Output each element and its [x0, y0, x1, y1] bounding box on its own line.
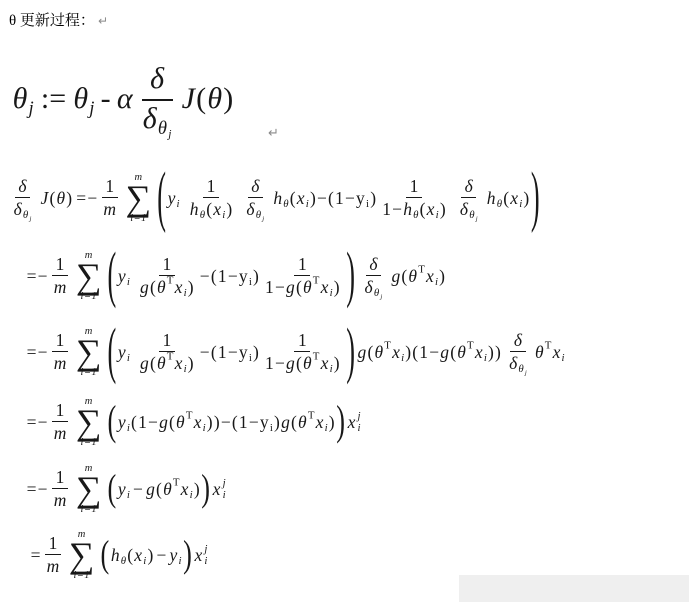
- math-row: =−1mm∑i=1(yi1g(θTxi)−(1−yi)11−g(θTxi))g(…: [26, 326, 565, 379]
- math-token: 1: [218, 266, 227, 286]
- subscript-group: hθ: [403, 199, 419, 219]
- math-row: 1−g(θTxi): [264, 277, 340, 297]
- fraction: 1m: [101, 176, 119, 219]
- math-token: −: [221, 412, 231, 432]
- math-row: =−1mm∑i=1(yi−g(θTxi))xji: [26, 463, 226, 516]
- math-token: −: [345, 188, 355, 208]
- subscript: i: [324, 422, 328, 434]
- fraction: 1m: [51, 330, 69, 373]
- math-token: −: [275, 353, 285, 373]
- math-token: (: [127, 545, 133, 565]
- paragraph-mark-icon: ↵: [98, 14, 108, 28]
- subscript-group: xi: [134, 545, 147, 565]
- subscript: i: [329, 287, 333, 299]
- denominator: 1−g(θTxi): [262, 276, 342, 297]
- superscript-group: θT: [302, 353, 320, 373]
- subscript-group: xi: [315, 412, 328, 432]
- math-token: i: [325, 422, 328, 434]
- math-token: i: [270, 422, 273, 434]
- subscript: j: [475, 215, 478, 223]
- script-stack: ji: [222, 477, 226, 502]
- math-row: hθ(xi): [486, 188, 530, 208]
- summation: m∑i=1: [76, 326, 102, 379]
- math-token: g: [281, 412, 290, 432]
- math-token: x: [316, 412, 324, 432]
- paren-content: yi1g(θTxi)−(1−yi)11−g(θTxi): [117, 254, 345, 297]
- math-token: T: [167, 275, 174, 287]
- subscript-group: xi: [474, 342, 487, 362]
- math-row: hθ(xi): [273, 188, 317, 208]
- math-token: i: [306, 198, 309, 210]
- subscript-group: xi: [213, 199, 226, 219]
- superscript-group: θT: [374, 342, 392, 362]
- subscript: θj: [518, 363, 528, 375]
- math-token: θ: [497, 198, 502, 210]
- superscript-group: θT: [534, 342, 552, 362]
- math-row: g(θTxi): [280, 412, 335, 432]
- math-token: i: [204, 555, 207, 567]
- math-token: m: [54, 490, 67, 510]
- math-token: ): [274, 412, 280, 432]
- fraction: δδθj: [244, 176, 267, 219]
- title-line: θ 更新过程：↵: [9, 9, 108, 30]
- math-token: x: [348, 412, 356, 432]
- math-token: j: [380, 293, 382, 301]
- subscript-group: θj: [469, 209, 479, 221]
- close-paren: ): [345, 244, 356, 307]
- subscript-group: yi: [117, 266, 130, 286]
- spacer: [357, 275, 359, 276]
- spacer: [177, 99, 181, 100]
- superscript-group: θT: [457, 342, 475, 362]
- math-token: x: [321, 353, 329, 373]
- spacer: [37, 197, 40, 198]
- math-token: i: [519, 198, 522, 210]
- math-row: g(θTxi): [139, 277, 194, 297]
- math-token: h: [403, 199, 412, 219]
- equation-derivation-line-1: δδθjJ(θ)=−1mm∑i=1(yi1hθ(xi)δδθjhθ(xi)−(1…: [8, 160, 542, 236]
- superscript: T: [418, 263, 426, 275]
- math-token: 1: [410, 176, 419, 196]
- subscript: i: [189, 489, 193, 501]
- math-token: −: [200, 266, 210, 286]
- math-token: x: [181, 479, 189, 499]
- numerator: 1: [102, 176, 118, 198]
- sum-lower-limit: i=1: [130, 213, 146, 224]
- fraction: δδθj: [140, 62, 174, 136]
- open-paren: (: [107, 401, 118, 443]
- math-token: −: [38, 412, 48, 432]
- math-token: −: [38, 266, 48, 286]
- denominator: g(θTxi): [137, 352, 196, 373]
- math-token: j: [476, 215, 478, 223]
- math-token: x: [297, 188, 305, 208]
- sigma-icon: ∑: [76, 474, 102, 504]
- math-token: J: [182, 82, 195, 117]
- math-row: g(θTxi): [139, 353, 194, 373]
- math-token: (: [131, 412, 137, 432]
- subscript-group: xi: [426, 199, 439, 219]
- subscript: j: [262, 215, 265, 223]
- denominator: δθj: [506, 352, 529, 373]
- math-token: θ: [157, 353, 166, 373]
- subscript: i: [126, 276, 130, 288]
- math-token: i: [190, 489, 193, 501]
- math-token: x: [426, 266, 434, 286]
- fraction: δδθj: [506, 330, 529, 373]
- subscript: j: [168, 128, 172, 141]
- spacer: [130, 351, 134, 352]
- math-token: y: [170, 545, 178, 565]
- math-token: (: [156, 479, 162, 499]
- subscript: θj: [373, 287, 383, 299]
- math-row: =−1mm∑i=1(yi1g(θTxi)−(1−yi)11−g(θTxi))δδ…: [26, 250, 446, 303]
- math-token: =: [27, 266, 37, 286]
- math-token: T: [167, 351, 174, 363]
- math-token: −: [228, 342, 238, 362]
- math-token: T: [467, 339, 474, 351]
- subscript: i: [248, 276, 252, 288]
- math-token: −: [429, 342, 439, 362]
- equation-derivation-line-3: =−1mm∑i=1(yi1g(θTxi)−(1−yi)11−g(θTxi))g(…: [26, 314, 565, 390]
- subscript: θj: [255, 209, 265, 221]
- math-token: 1: [49, 533, 58, 553]
- math-token: ): [439, 266, 445, 286]
- math-token: i: [249, 352, 252, 364]
- math-token: y: [168, 188, 176, 208]
- math-token: −: [249, 412, 259, 432]
- math-token: θ: [374, 287, 379, 299]
- math-token: j: [29, 215, 31, 223]
- math-token: g: [358, 342, 367, 362]
- math-token: −: [228, 266, 238, 286]
- subscript: i: [400, 352, 404, 364]
- math-token: (: [196, 82, 206, 117]
- math-token: 1: [239, 412, 248, 432]
- math-row: 1−g(θTxi): [264, 353, 340, 373]
- subscript-group: xi: [296, 188, 309, 208]
- spacer: [73, 197, 76, 198]
- math-token: i: [179, 555, 182, 567]
- denominator: m: [51, 352, 69, 373]
- math-token: α: [117, 82, 133, 117]
- math-token: 1: [207, 176, 216, 196]
- denominator: δθj: [244, 198, 267, 219]
- subscript-group: xi: [320, 353, 333, 373]
- subscript: i: [183, 287, 187, 299]
- superscript: T: [185, 409, 193, 421]
- page-title: θ 更新过程：: [9, 13, 95, 29]
- math-row: (1−g(θTxi)): [412, 342, 502, 362]
- math-token: T: [418, 263, 425, 275]
- denominator: δθj: [140, 101, 174, 137]
- math-token: θ: [158, 118, 167, 139]
- sub-superscript-group: xji: [212, 477, 226, 502]
- subscript: i: [434, 276, 438, 288]
- math-row: g(θTxi): [391, 266, 446, 286]
- superscript-group: θT: [302, 277, 320, 297]
- math-token: i: [177, 198, 180, 210]
- subscript-group: hθ: [110, 545, 126, 565]
- math-token: ): [523, 188, 529, 208]
- math-token: y: [118, 412, 126, 432]
- math-token: θ: [518, 363, 523, 375]
- subscript-group: δθj: [508, 353, 527, 373]
- summation: m∑i=1: [76, 250, 102, 303]
- math-row: (1−yi): [210, 342, 259, 362]
- math-token: i: [401, 352, 404, 364]
- subscript-group: yi: [238, 266, 252, 286]
- math-token: 1: [56, 467, 65, 487]
- subscript: θ: [413, 209, 420, 221]
- math-token: −: [148, 412, 158, 432]
- spacer: [501, 351, 503, 352]
- math-token: i: [562, 352, 565, 364]
- math-token: j: [358, 410, 361, 422]
- math-token: j: [168, 128, 171, 141]
- math-token: i: [127, 422, 130, 434]
- math-token: -: [101, 82, 111, 117]
- subscript: θ: [283, 198, 290, 210]
- math-token: (: [150, 353, 156, 373]
- math-token: θ: [469, 209, 474, 221]
- denominator: m: [51, 276, 69, 297]
- spacer: [34, 99, 40, 100]
- subscript-group: xi: [320, 277, 333, 297]
- math-token: δ: [365, 277, 373, 297]
- fraction: 1m: [51, 254, 69, 297]
- summation: m∑i=1: [76, 463, 102, 516]
- sigma-icon: ∑: [126, 183, 152, 213]
- math-token: 1: [265, 353, 274, 373]
- subscript: i: [329, 363, 333, 375]
- math-token: x: [321, 277, 329, 297]
- fraction: 1m: [51, 467, 69, 510]
- numerator: 1: [294, 254, 310, 276]
- math-token: 1: [265, 277, 274, 297]
- math-token: −: [200, 342, 210, 362]
- math-token: m: [103, 199, 116, 219]
- denominator: 1−hθ(xi): [380, 198, 449, 219]
- paren-content: hθ(xi)−yi: [110, 545, 182, 565]
- sigma-icon: ∑: [76, 407, 102, 437]
- math-token: y: [118, 479, 126, 499]
- paren-content: yi1hθ(xi)δδθjhθ(xi)−(1−yi)11−hθ(xi)δδθjh…: [167, 176, 530, 219]
- math-token: h: [111, 545, 120, 565]
- math-token: g: [286, 277, 295, 297]
- math-row: (1−yi): [210, 266, 259, 286]
- superscript: T: [312, 275, 320, 287]
- bottom-right-shaded-area: [459, 575, 689, 602]
- math-token: 1: [298, 330, 307, 350]
- math-token: i: [143, 555, 146, 567]
- numerator: 1: [52, 467, 68, 489]
- math-token: θ: [121, 555, 126, 567]
- fraction: δδθj: [457, 176, 480, 219]
- subscript-group: yi: [117, 412, 130, 432]
- math-token: (: [367, 342, 373, 362]
- subscript: i: [126, 352, 130, 364]
- math-row: g(θTxi): [357, 342, 412, 362]
- math-token: −: [275, 277, 285, 297]
- sub-superscript-group: xji: [194, 543, 208, 568]
- sigma-icon: ∑: [76, 337, 102, 367]
- denominator: g(θTxi): [137, 276, 196, 297]
- superscript-group: θT: [162, 479, 180, 499]
- math-token: ): [334, 353, 340, 373]
- superscript: T: [466, 339, 474, 351]
- math-token: δ: [150, 62, 164, 97]
- fraction: δδθj: [11, 176, 34, 219]
- math-token: i: [203, 422, 206, 434]
- math-row: =1mm∑i=1(hθ(xi)−yi)xji: [30, 529, 208, 582]
- subscript: i: [126, 489, 130, 501]
- subscript: i: [202, 422, 206, 434]
- math-row: hθ(xi): [110, 545, 154, 565]
- close-paren: ): [530, 164, 541, 232]
- fraction: 11−g(θTxi): [262, 330, 342, 373]
- math-token: g: [286, 353, 295, 373]
- subscript-group: θj: [373, 287, 383, 299]
- math-token: ): [405, 342, 411, 362]
- subscript: i: [561, 352, 565, 364]
- denominator: m: [44, 555, 62, 576]
- subscript: i: [305, 198, 309, 210]
- math-token: 1: [382, 199, 391, 219]
- sigma-icon: ∑: [76, 261, 102, 291]
- math-token: T: [313, 351, 320, 363]
- math-row: g(θTxi): [146, 479, 201, 499]
- math-token: x: [213, 479, 221, 499]
- numerator: δ: [248, 176, 263, 198]
- math-token: j: [29, 98, 34, 119]
- math-token: ): [253, 266, 259, 286]
- denominator: δθj: [457, 198, 480, 219]
- math-token: ): [214, 412, 220, 432]
- math-token: −: [38, 342, 48, 362]
- math-token: ): [194, 479, 200, 499]
- subscript-group: xi: [193, 412, 206, 432]
- math-token: δ: [18, 176, 26, 196]
- script-stack: ji: [204, 543, 208, 568]
- math-row: (1−yi): [327, 188, 376, 208]
- subscript-group: yi: [238, 342, 252, 362]
- math-token: θ: [13, 82, 28, 117]
- math-token: −: [133, 479, 143, 499]
- subscript: j: [89, 98, 95, 120]
- numerator: δ: [461, 176, 476, 198]
- math-token: i: [330, 287, 333, 299]
- math-token: θ: [256, 209, 261, 221]
- subscript: θ: [199, 209, 206, 221]
- subscript-group: θj: [22, 209, 32, 221]
- sigma-icon: ∑: [69, 540, 95, 570]
- sum-lower-limit: i=1: [81, 291, 97, 302]
- math-token: x: [392, 342, 400, 362]
- subscript-group: yi: [117, 479, 130, 499]
- math-token: j: [89, 98, 94, 119]
- math-token: y: [356, 188, 365, 208]
- math-token: T: [173, 476, 180, 488]
- math-token: 1: [335, 188, 344, 208]
- numerator: 1: [52, 254, 68, 276]
- numerator: δ: [510, 330, 525, 352]
- math-token: (: [412, 342, 418, 362]
- math-token: 1: [162, 330, 171, 350]
- script-stack: ji: [357, 410, 361, 435]
- math-token: h: [273, 188, 282, 208]
- math-token: y: [239, 266, 248, 286]
- math-token: (: [291, 412, 297, 432]
- math-token: (: [169, 412, 175, 432]
- math-token: θ: [303, 353, 312, 373]
- math-token: θ: [200, 209, 205, 221]
- math-token: 1: [56, 400, 65, 420]
- math-token: −: [38, 479, 48, 499]
- math-token: ): [440, 199, 446, 219]
- math-row: (1−g(θTxi)): [130, 412, 220, 432]
- math-token: (: [296, 353, 302, 373]
- open-paren: (: [107, 320, 118, 383]
- subscript: i: [248, 352, 252, 364]
- math-token: g: [159, 412, 168, 432]
- math-token: ): [147, 545, 153, 565]
- math-token: i: [484, 352, 487, 364]
- math-token: 1: [162, 254, 171, 274]
- subscript-group: xi: [510, 188, 523, 208]
- math-token: m: [54, 423, 67, 443]
- math-token: ): [226, 199, 232, 219]
- subscript-group: xi: [174, 353, 187, 373]
- math-token: δ: [514, 330, 522, 350]
- math-token: θ: [457, 342, 466, 362]
- spacer: [238, 197, 241, 198]
- open-paren: (: [156, 164, 167, 232]
- paren-group: (hθ(xi)−yi): [99, 542, 192, 568]
- math-token: δ: [143, 102, 157, 137]
- subscript-group: xi: [392, 342, 405, 362]
- math-token: x: [175, 353, 183, 373]
- math-token: g: [140, 353, 149, 373]
- superscript-group: θT: [156, 353, 174, 373]
- subscript: θj: [469, 209, 479, 221]
- close-paren: ): [335, 401, 346, 443]
- math-token: g: [140, 277, 149, 297]
- subscript-group: yi: [169, 545, 182, 565]
- numerator: 1: [159, 330, 175, 352]
- equation-derivation-line-5: =−1mm∑i=1(yi−g(θTxi))xji: [26, 456, 226, 522]
- math-row: (1−yi): [231, 412, 280, 432]
- subscript: i: [143, 555, 147, 567]
- paren-group: (yi−g(θTxi)): [107, 476, 211, 502]
- math-token: θ: [374, 342, 383, 362]
- math-token: J: [41, 188, 49, 208]
- math-token: g: [391, 266, 400, 286]
- math-token: T: [186, 409, 193, 421]
- subscript-group: xi: [174, 277, 187, 297]
- subscript: i: [435, 209, 439, 221]
- numerator: 1: [294, 330, 310, 352]
- subscript-group: xi: [552, 342, 565, 362]
- math-token: δ: [246, 199, 254, 219]
- math-token: x: [475, 342, 483, 362]
- math-token: 1: [105, 176, 114, 196]
- subscript: i: [269, 422, 273, 434]
- open-paren: (: [99, 536, 110, 574]
- math-token: θ: [176, 412, 185, 432]
- math-token: (: [296, 277, 302, 297]
- denominator: hθ(xi): [187, 198, 235, 219]
